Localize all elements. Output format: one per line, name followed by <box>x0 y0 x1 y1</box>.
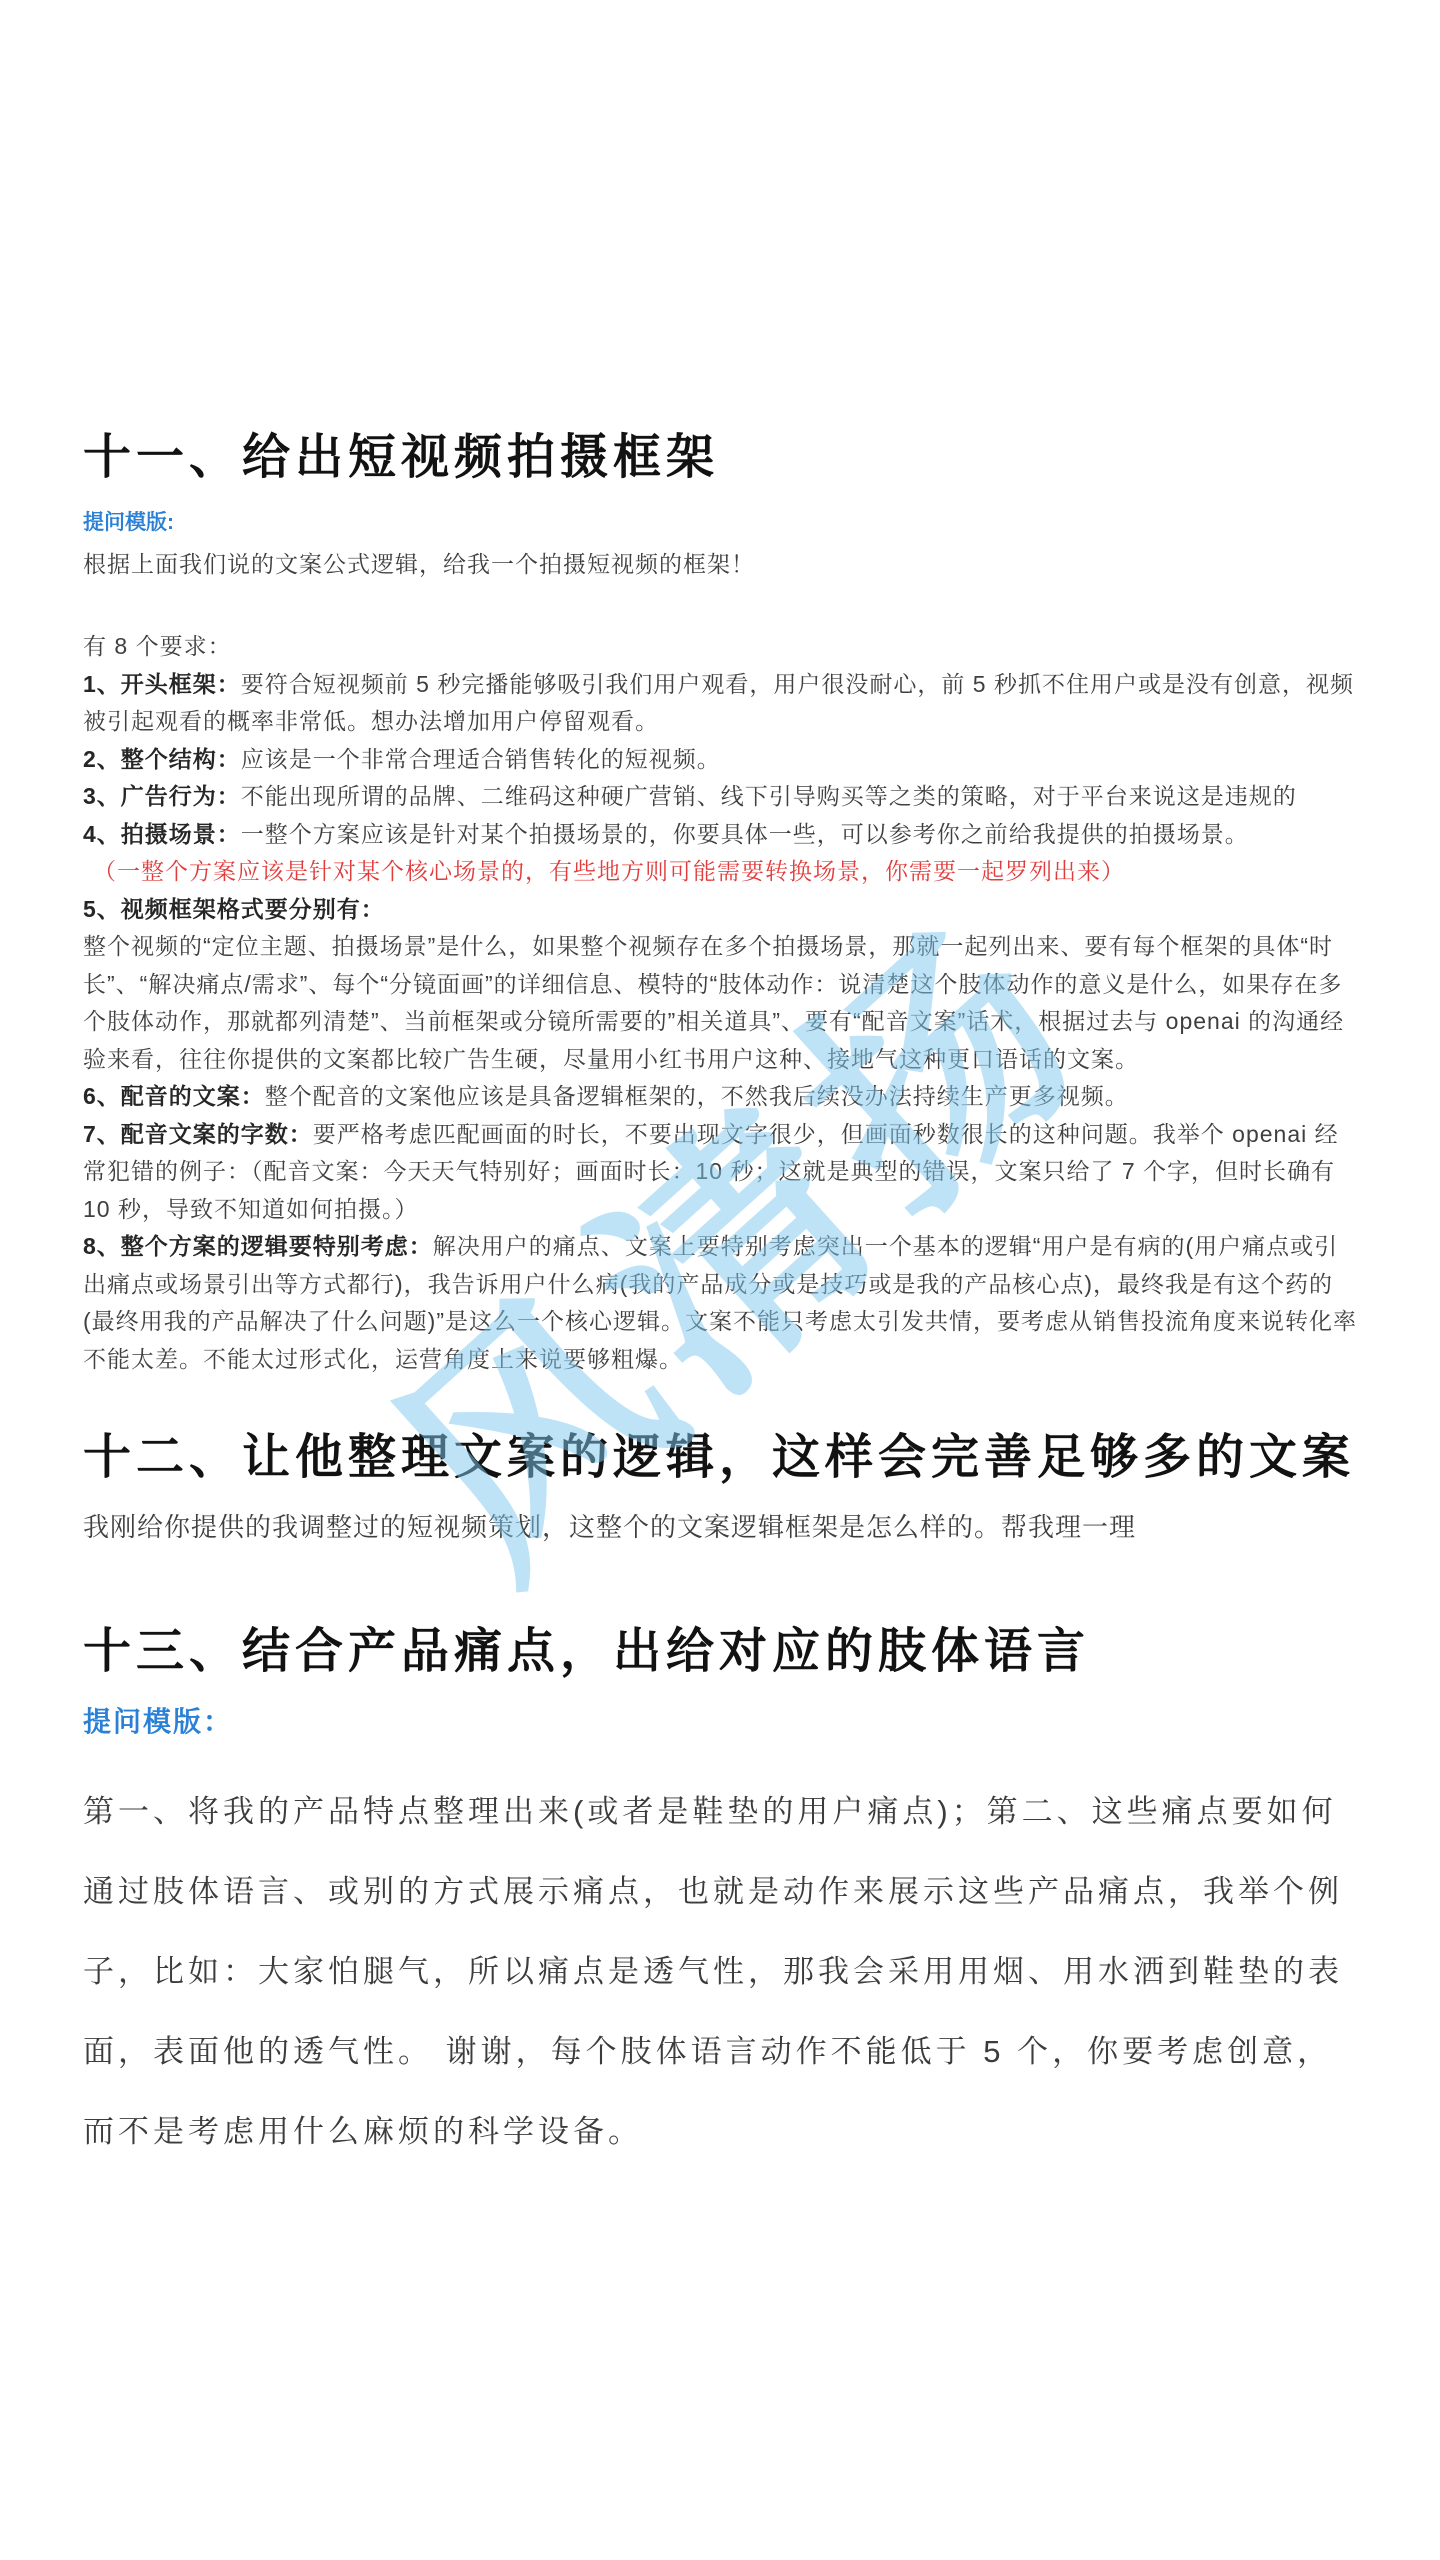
requirements-list: 有 8 个要求： 1、开头框架：要符合短视频前 5 秒完播能够吸引我们用户观看，… <box>83 628 1362 1378</box>
requirement-4-lead: 4、拍摄场景： <box>83 821 241 847</box>
section-11-heading: 十一、给出短视频拍摄框架 <box>83 430 1362 486</box>
requirement-item-1: 1、开头框架：要符合短视频前 5 秒完播能够吸引我们用户观看，用户很没耐心，前 … <box>83 666 1362 741</box>
requirement-2-lead: 2、整个结构： <box>83 746 241 772</box>
requirement-6-text: 整个配音的文案他应该是具备逻辑框架的，不然我后续没办法持续生产更多视频。 <box>265 1083 1129 1109</box>
requirement-item-7: 7、配音文案的字数：要严格考虑匹配画面的时长，不要出现文字很少，但画面秒数很长的… <box>83 1116 1362 1229</box>
requirement-4-red-note: （一整个方案应该是针对某个核心场景的，有些地方则可能需要转换场景，你需要一起罗列… <box>83 853 1362 891</box>
section-13-body-text: 第一、将我的产品特点整理出来(或者是鞋垫的用户痛点)；第二、这些痛点要如何通过肢… <box>83 1772 1362 2172</box>
requirement-item-4: 4、拍摄场景：一整个方案应该是针对某个拍摄场景的，你要具体一些，可以参考你之前给… <box>83 816 1362 854</box>
document-page: 十一、给出短视频拍摄框架 提问模版: 根据上面我们说的文案公式逻辑，给我一个拍摄… <box>0 0 1440 2560</box>
requirement-4-text: 一整个方案应该是针对某个拍摄场景的，你要具体一些，可以参考你之前给我提供的拍摄场… <box>241 821 1249 847</box>
section-11-intro-text: 根据上面我们说的文案公式逻辑，给我一个拍摄短视频的框架！ <box>83 548 1362 580</box>
requirement-2-text: 应该是一个非常合理适合销售转化的短视频。 <box>241 746 721 772</box>
section-13-prompt-template-label: 提问模版： <box>83 1704 1362 1740</box>
requirement-item-5-lead-line: 5、视频框架格式要分别有： <box>83 891 1362 929</box>
requirement-8-lead: 8、整个方案的逻辑要特别考虑： <box>83 1233 433 1259</box>
requirement-7-lead: 7、配音文案的字数： <box>83 1121 313 1147</box>
requirements-intro: 有 8 个要求： <box>83 628 1362 666</box>
section-13-heading: 十三、结合产品痛点，出给对应的肢体语言 <box>83 1624 1362 1680</box>
requirement-5-lead: 5、视频框架格式要分别有： <box>83 896 385 922</box>
requirement-6-lead: 6、配音的文案： <box>83 1083 265 1109</box>
section-11-prompt-template-label: 提问模版: <box>83 510 1362 536</box>
requirement-1-text: 要符合短视频前 5 秒完播能够吸引我们用户观看，用户很没耐心，前 5 秒抓不住用… <box>83 671 1354 735</box>
requirement-item-3: 3、广告行为：不能出现所谓的品牌、二维码这种硬广营销、线下引导购买等之类的策略，… <box>83 778 1362 816</box>
requirement-item-8: 8、整个方案的逻辑要特别考虑：解决用户的痛点、文案上要特别考虑突出一个基本的逻辑… <box>83 1228 1362 1378</box>
requirement-item-6: 6、配音的文案：整个配音的文案他应该是具备逻辑框架的，不然我后续没办法持续生产更… <box>83 1078 1362 1116</box>
section-12-heading: 十二、让他整理文案的逻辑，这样会完善足够多的文案 <box>83 1430 1362 1486</box>
section-12-body-text: 我刚给你提供的我调整过的短视频策划，这整个的文案逻辑框架是怎么样的。帮我理一理 <box>83 1510 1362 1544</box>
requirement-3-text: 不能出现所谓的品牌、二维码这种硬广营销、线下引导购买等之类的策略，对于平台来说这… <box>241 783 1297 809</box>
requirement-3-lead: 3、广告行为： <box>83 783 241 809</box>
document-content: 十一、给出短视频拍摄框架 提问模版: 根据上面我们说的文案公式逻辑，给我一个拍摄… <box>0 0 1440 2172</box>
requirement-item-2: 2、整个结构：应该是一个非常合理适合销售转化的短视频。 <box>83 741 1362 779</box>
requirement-item-5-body: 整个视频的“定位主题、拍摄场景”是什么，如果整个视频存在多个拍摄场景，那就一起列… <box>83 928 1362 1078</box>
requirement-1-lead: 1、开头框架： <box>83 671 241 697</box>
